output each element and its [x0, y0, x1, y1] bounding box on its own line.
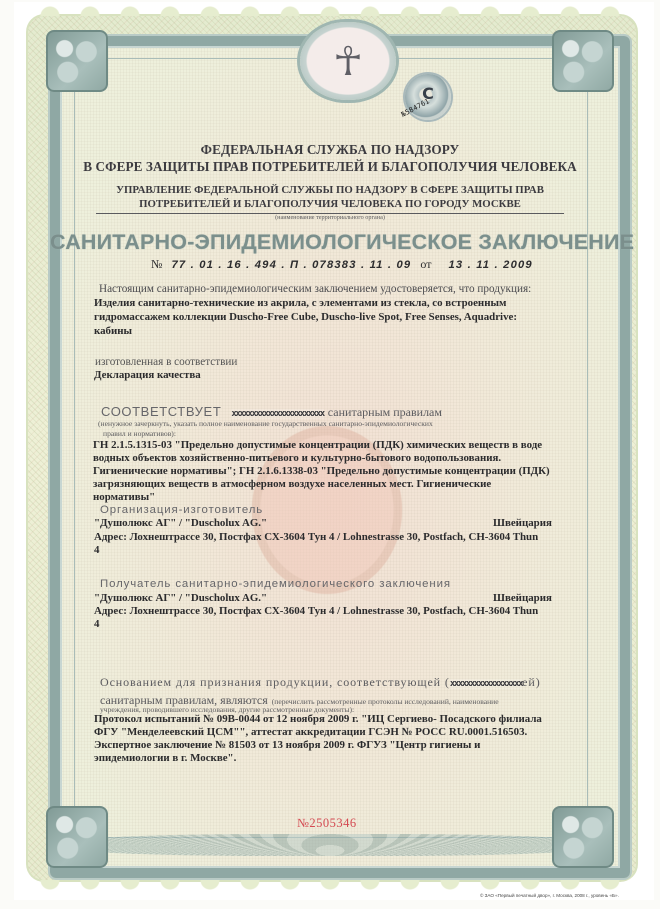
manufacturer-label: Организация-изготовитель: [100, 504, 263, 516]
recipient-label: Получатель санитарно-эпидемиологического…: [100, 578, 451, 590]
corner-ornament-icon: [552, 806, 614, 868]
basis-intro-start: Основанием для признания продукции, соот…: [100, 675, 450, 689]
office-caption: (наименование территориального органа): [50, 214, 610, 221]
document-title: САНИТАРНО-ЭПИДЕМИОЛОГИЧЕСКОЕ ЗАКЛЮЧЕНИЕ: [50, 230, 610, 255]
agency-name-line2: В СФЕРЕ ЗАЩИТЫ ПРАВ ПОТРЕБИТЕЛЕЙ И БЛАГО…: [50, 159, 610, 175]
product-line: гидромассажем коллекции Duscho-Free Cube…: [94, 311, 517, 323]
office-name-line2: ПОТРЕБИТЕЛЕЙ И БЛАГОПОЛУЧИЯ ЧЕЛОВЕКА ПО …: [50, 198, 610, 210]
manufacturer-address-cont: 4: [94, 544, 99, 556]
product-intro: Настоящим санитарно-эпидемиологическим з…: [99, 283, 531, 295]
basis-intro-line1: Основанием для признания продукции, соот…: [100, 675, 541, 690]
standard-line: нормативы": [93, 491, 155, 503]
struck-out-text: xxxxxxxxxxxxxxxxxx: [450, 679, 522, 689]
number-sign: №: [151, 257, 162, 271]
standard-line: Гигиенические нормативы"; ГН 2.1.6.1338-…: [93, 465, 550, 477]
rules-suffix: санитарным правилам: [328, 405, 442, 419]
recipient-address-cont: 4: [94, 618, 99, 630]
manufactured-value: Декларация качества: [94, 369, 201, 381]
scalloped-edge-bottom: [40, 880, 620, 894]
product-line: Изделия санитарно-технические из акрила,…: [94, 297, 506, 309]
manufacturer-name: "Душолюкс АГ" / "Duscholux AG.": [94, 517, 267, 529]
recipient-country: Швейцария: [493, 592, 552, 604]
corner-ornament-icon: [46, 30, 108, 92]
document-number-row: № 77 . 01 . 16 . 494 . П . 078383 . 11 .…: [151, 257, 533, 272]
blank-serial-number: №2505346: [297, 816, 357, 831]
manufacturer-address: Адрес: Лохнештрассе 30, Постфах СХ-3604 …: [94, 531, 538, 543]
standard-line: водных объектов хозяйственно-питьевого и…: [93, 452, 501, 464]
printer-imprint: © ЗАО «Первый печатный двор», г. Москва,…: [480, 893, 619, 898]
recipient-name: "Душолюкс АГ" / "Duscholux AG.": [94, 592, 267, 604]
wavy-ribbon-bottom: [60, 834, 600, 856]
basis-intro-end: ей): [522, 675, 540, 689]
basis-document: эпидемиологии в г. Москве".: [94, 752, 236, 764]
standard-line: загрязняющих веществ в атмосферном возду…: [93, 478, 491, 490]
scalloped-edge-top: [40, 2, 620, 16]
product-line: кабины: [94, 325, 132, 337]
manufacturer-country: Швейцария: [493, 517, 552, 529]
corner-ornament-icon: [552, 30, 614, 92]
basis-document: ФГУ "Менделеевский ЦСМ"", аттестат аккре…: [94, 726, 527, 738]
agency-name-line1: ФЕДЕРАЛЬНАЯ СЛУЖБА ПО НАДЗОРУ: [50, 142, 610, 158]
document-number: 77 . 01 . 16 . 494 . П . 078383 . 11 . 0…: [171, 259, 411, 271]
manufactured-label: изготовленная в соответствии: [95, 356, 237, 368]
standard-line: ГН 2.1.5.1315-03 "Предельно допустимые к…: [93, 439, 542, 451]
basis-document: Протокол испытаний № 09В-0044 от 12 нояб…: [94, 713, 542, 725]
compliance-note: (ненужное зачеркнуть, указать полное наи…: [98, 419, 433, 428]
office-name-line1: УПРАВЛЕНИЕ ФЕДЕРАЛЬНОЙ СЛУЖБЫ ПО НАДЗОРУ…: [50, 184, 610, 196]
document-date: 13 . 11 . 2009: [448, 259, 532, 271]
corner-ornament-icon: [46, 806, 108, 868]
date-prefix: от: [420, 257, 431, 271]
struck-out-text: xxxxxxxxxxxxxxxxxxxxxxx: [231, 409, 323, 419]
compliance-verdict: СООТВЕТСТВУЕТ: [101, 404, 221, 419]
basis-document: Экспертное заключение № 81503 от 13 нояб…: [94, 739, 480, 751]
compliance-note: правил и нормативов):: [103, 429, 176, 438]
double-headed-eagle-icon: ☥: [318, 30, 378, 94]
recipient-address: Адрес: Лохнештрассе 30, Постфах СХ-3604 …: [94, 605, 538, 617]
